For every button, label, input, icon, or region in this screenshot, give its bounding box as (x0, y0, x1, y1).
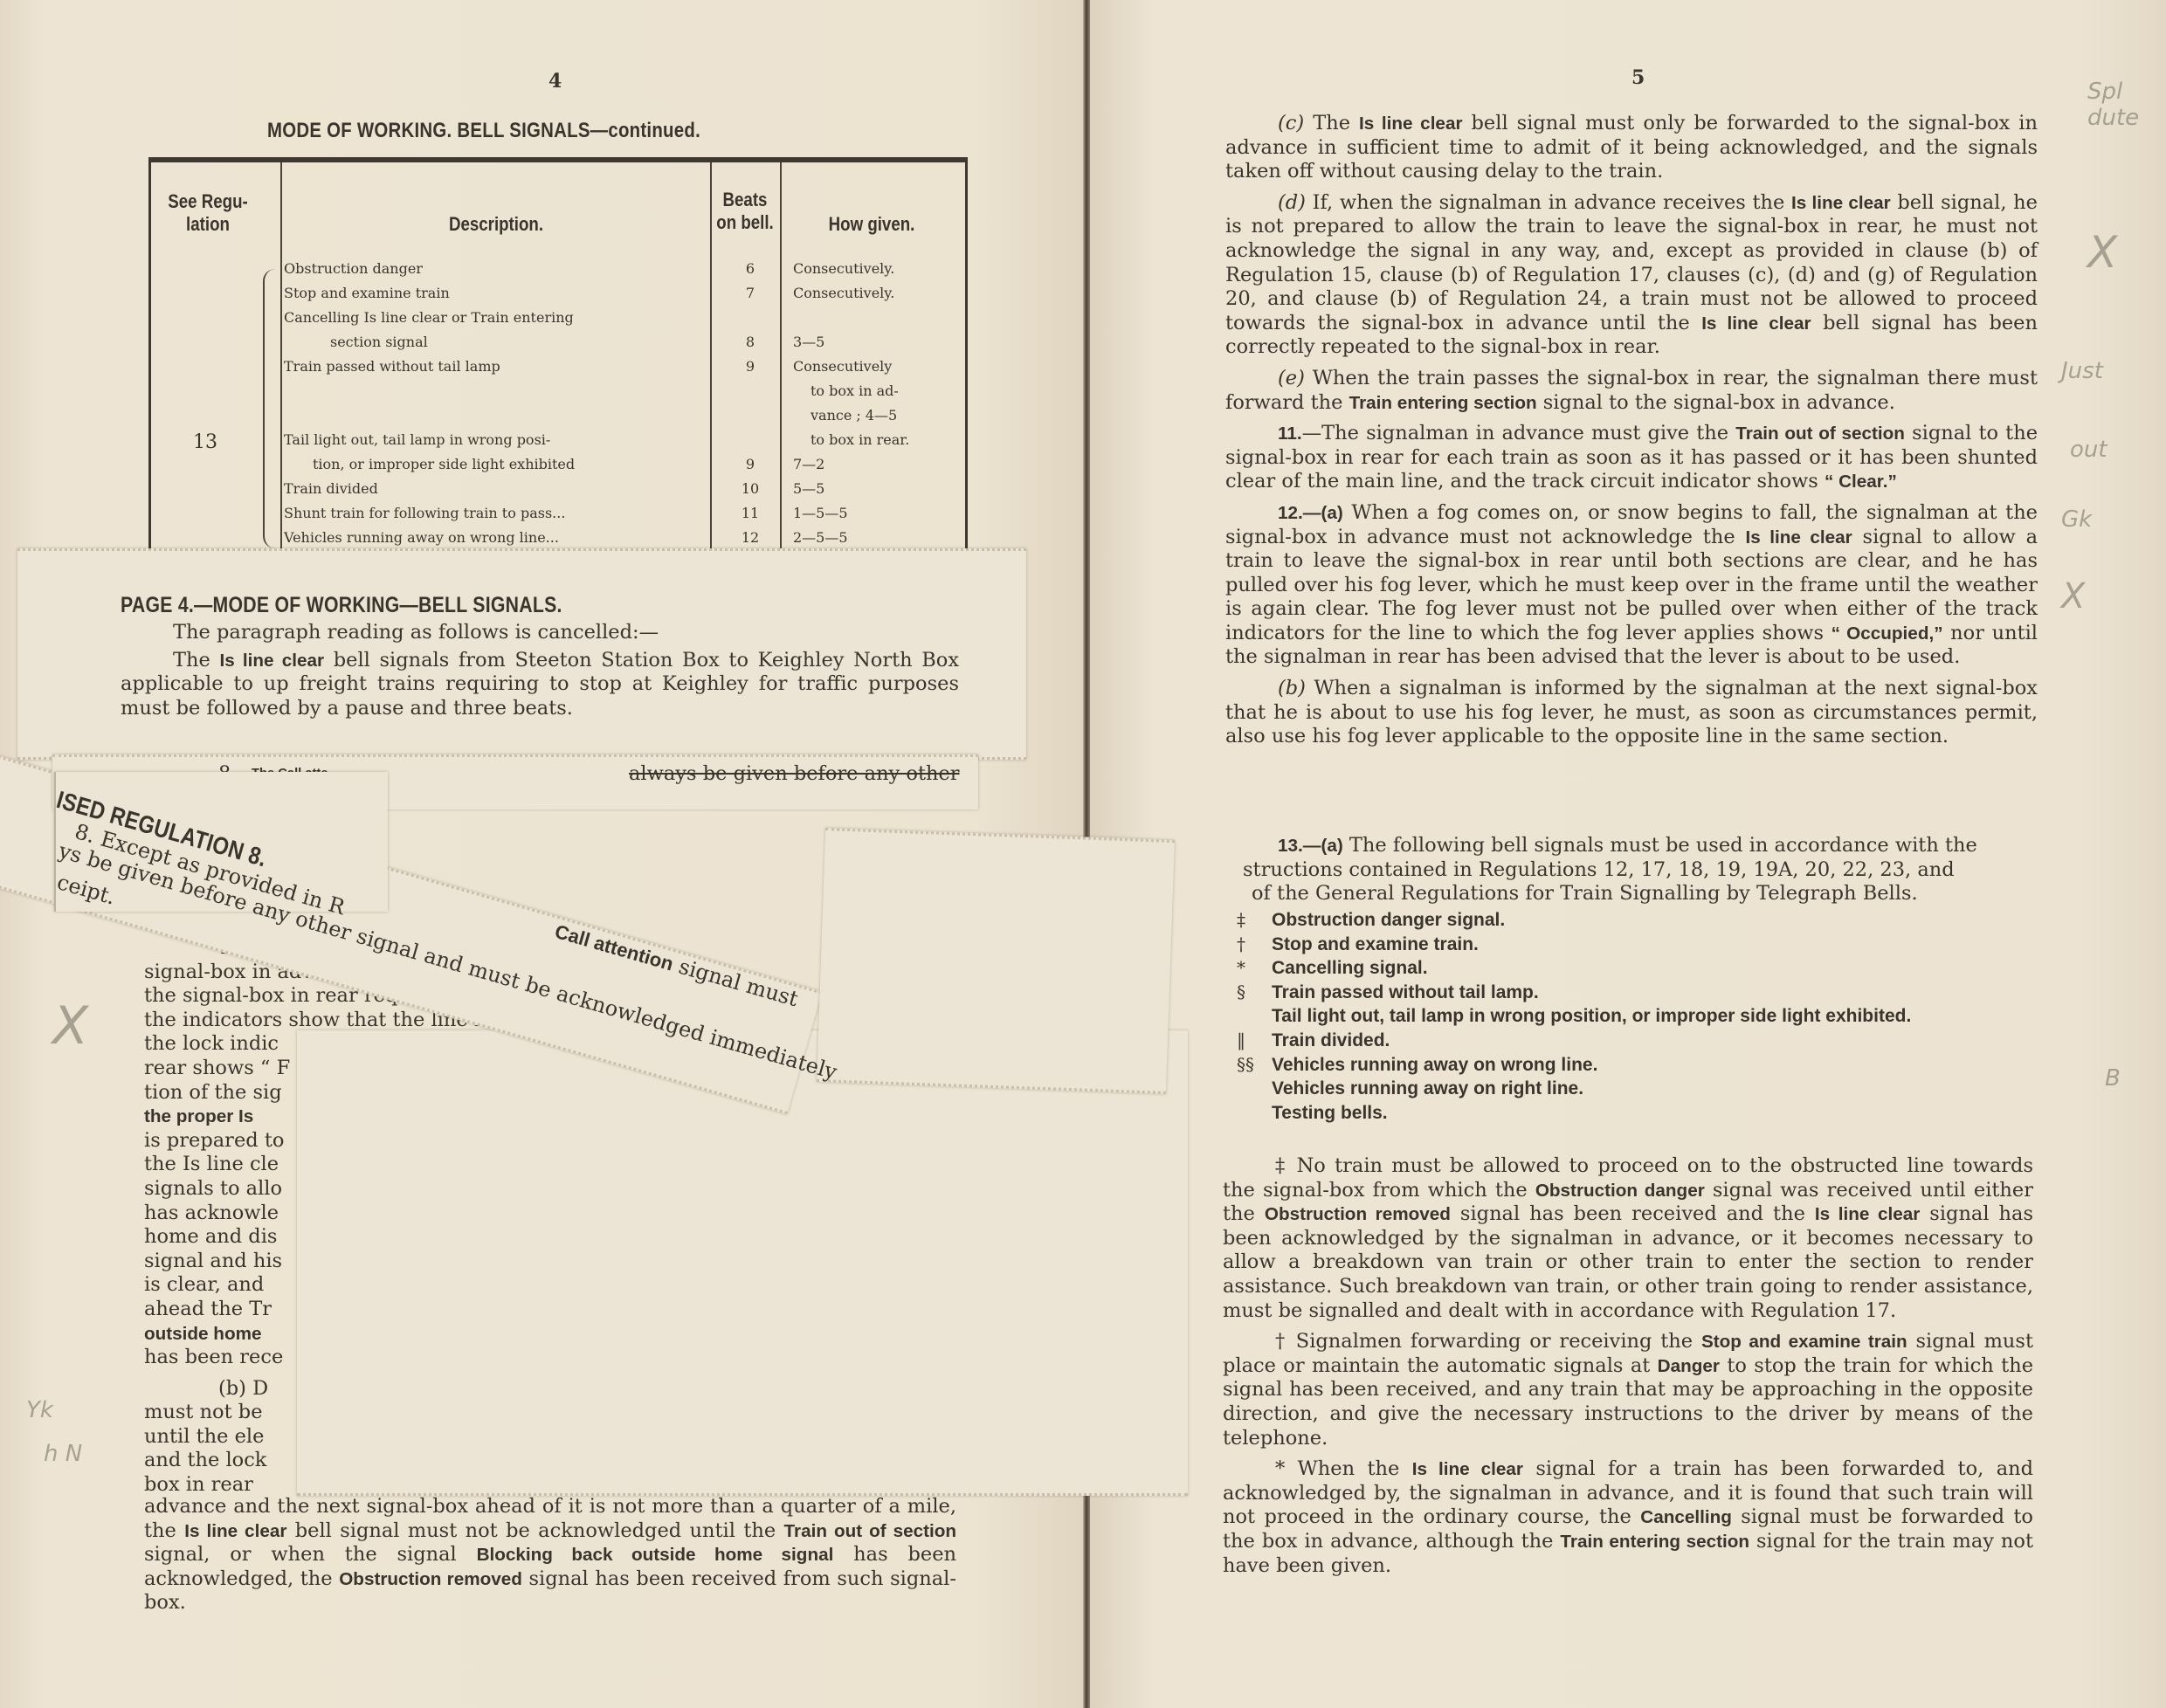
table-row: vance ; 4—5 (151, 407, 965, 431)
table-row: Train divided105—5 (151, 480, 965, 505)
list-item: §Train passed without tail lamp. (1230, 981, 2040, 1005)
header-beats: Beats on bell. (715, 189, 775, 234)
page-number-right: 5 (1631, 66, 1645, 89)
table-row: to box in ad- (151, 382, 965, 407)
pencil-mark: h N (44, 1441, 82, 1467)
paragraph-e: (e) When the train passes the signal-box… (1225, 367, 2038, 415)
regulation-12a: 12.—(a) When a fog comes on, or snow beg… (1225, 501, 2038, 670)
list-item: Vehicles running away on right line. (1230, 1077, 2040, 1101)
amendment-intro: The paragraph reading as follows is canc… (121, 621, 959, 645)
table-row: Stop and examine train7Consecutively. (151, 285, 965, 309)
right-page-notes: ‡ No train must be allowed to proceed on… (1223, 1154, 2033, 1585)
table-row: section signal83—5 (151, 334, 965, 358)
paragraph-c: (c) The Is line clear bell signal must o… (1225, 112, 2038, 184)
regulation-11: 11.—The signalman in advance must give t… (1225, 422, 2038, 494)
table-row: Cancelling Is line clear or Train enteri… (151, 309, 965, 334)
right-page-body: (c) The Is line clear bell signal must o… (1225, 112, 2038, 756)
regulation-13a: 13.—(a) The following bell signals must … (1225, 834, 2038, 906)
regulation-12b: (b) When a signalman is informed by the … (1225, 677, 2038, 749)
table-row: tion, or improper side light exhibited97… (151, 456, 965, 480)
header-regulation: See Regu- lation (160, 190, 257, 236)
pencil-mark: B (2105, 1065, 2121, 1092)
list-item: *Cancelling signal. (1230, 956, 2040, 981)
page-title-left: MODE OF WORKING. BELL SIGNALS—continued. (267, 119, 700, 143)
table-row: Train passed without tail lamp9Consecuti… (151, 358, 965, 382)
list-item: §§Vehicles running away on wrong line. (1230, 1053, 2040, 1078)
header-how-given: How given. (794, 213, 950, 236)
note-dagger: † Signalmen forwarding or receiving the … (1223, 1330, 2033, 1450)
pencil-mark: X (2087, 227, 2117, 278)
pencil-mark: Yk (26, 1397, 53, 1423)
list-item: †Stop and examine train. (1230, 933, 2040, 957)
list-item: ‡Obstruction danger signal. (1230, 908, 2040, 933)
table-row: Tail light out, tail lamp in wrong posi-… (151, 431, 965, 456)
pencil-mark: out (2070, 437, 2107, 463)
bell-signal-list: ‡Obstruction danger signal. †Stop and ex… (1230, 908, 2040, 1125)
list-item: Testing bells. (1230, 1101, 2040, 1126)
amendment-body: The Is line clear bell signals from Stee… (121, 649, 959, 721)
note-asterisk: * When the Is line clear signal for a tr… (1223, 1457, 2033, 1578)
table-row: Obstruction danger6Consecutively. (151, 260, 965, 285)
pencil-mark: X (2061, 576, 2085, 616)
page-number-left: 4 (548, 70, 562, 93)
pencil-mark: Spl dute (2087, 79, 2166, 131)
pencil-mark: X (52, 995, 88, 1057)
note-double-dagger: ‡ No train must be allowed to proceed on… (1223, 1154, 2033, 1323)
bell-signals-table: See Regu- lation Description. Beats on b… (148, 157, 968, 555)
closing-paragraph: advance and the next signal-box ahead of… (144, 1495, 956, 1622)
amendment-slip-page-4: PAGE 4.—MODE OF WORKING—BELL SIGNALS. Th… (17, 548, 1026, 760)
pencil-mark: Just (2061, 358, 2103, 384)
table-row: Shunt train for following train to pass.… (151, 505, 965, 529)
pasted-slip-middle (817, 828, 1175, 1094)
pencil-mark: Gk (2061, 506, 2092, 533)
amendment-heading: PAGE 4.—MODE OF WORKING—BELL SIGNALS. (121, 593, 562, 618)
list-item: ‖Train divided. (1230, 1029, 2040, 1053)
list-item: Tail light out, tail lamp in wrong posit… (1230, 1004, 2040, 1029)
header-description: Description. (314, 213, 679, 236)
paragraph-d: (d) If, when the signalman in advance re… (1225, 191, 2038, 360)
